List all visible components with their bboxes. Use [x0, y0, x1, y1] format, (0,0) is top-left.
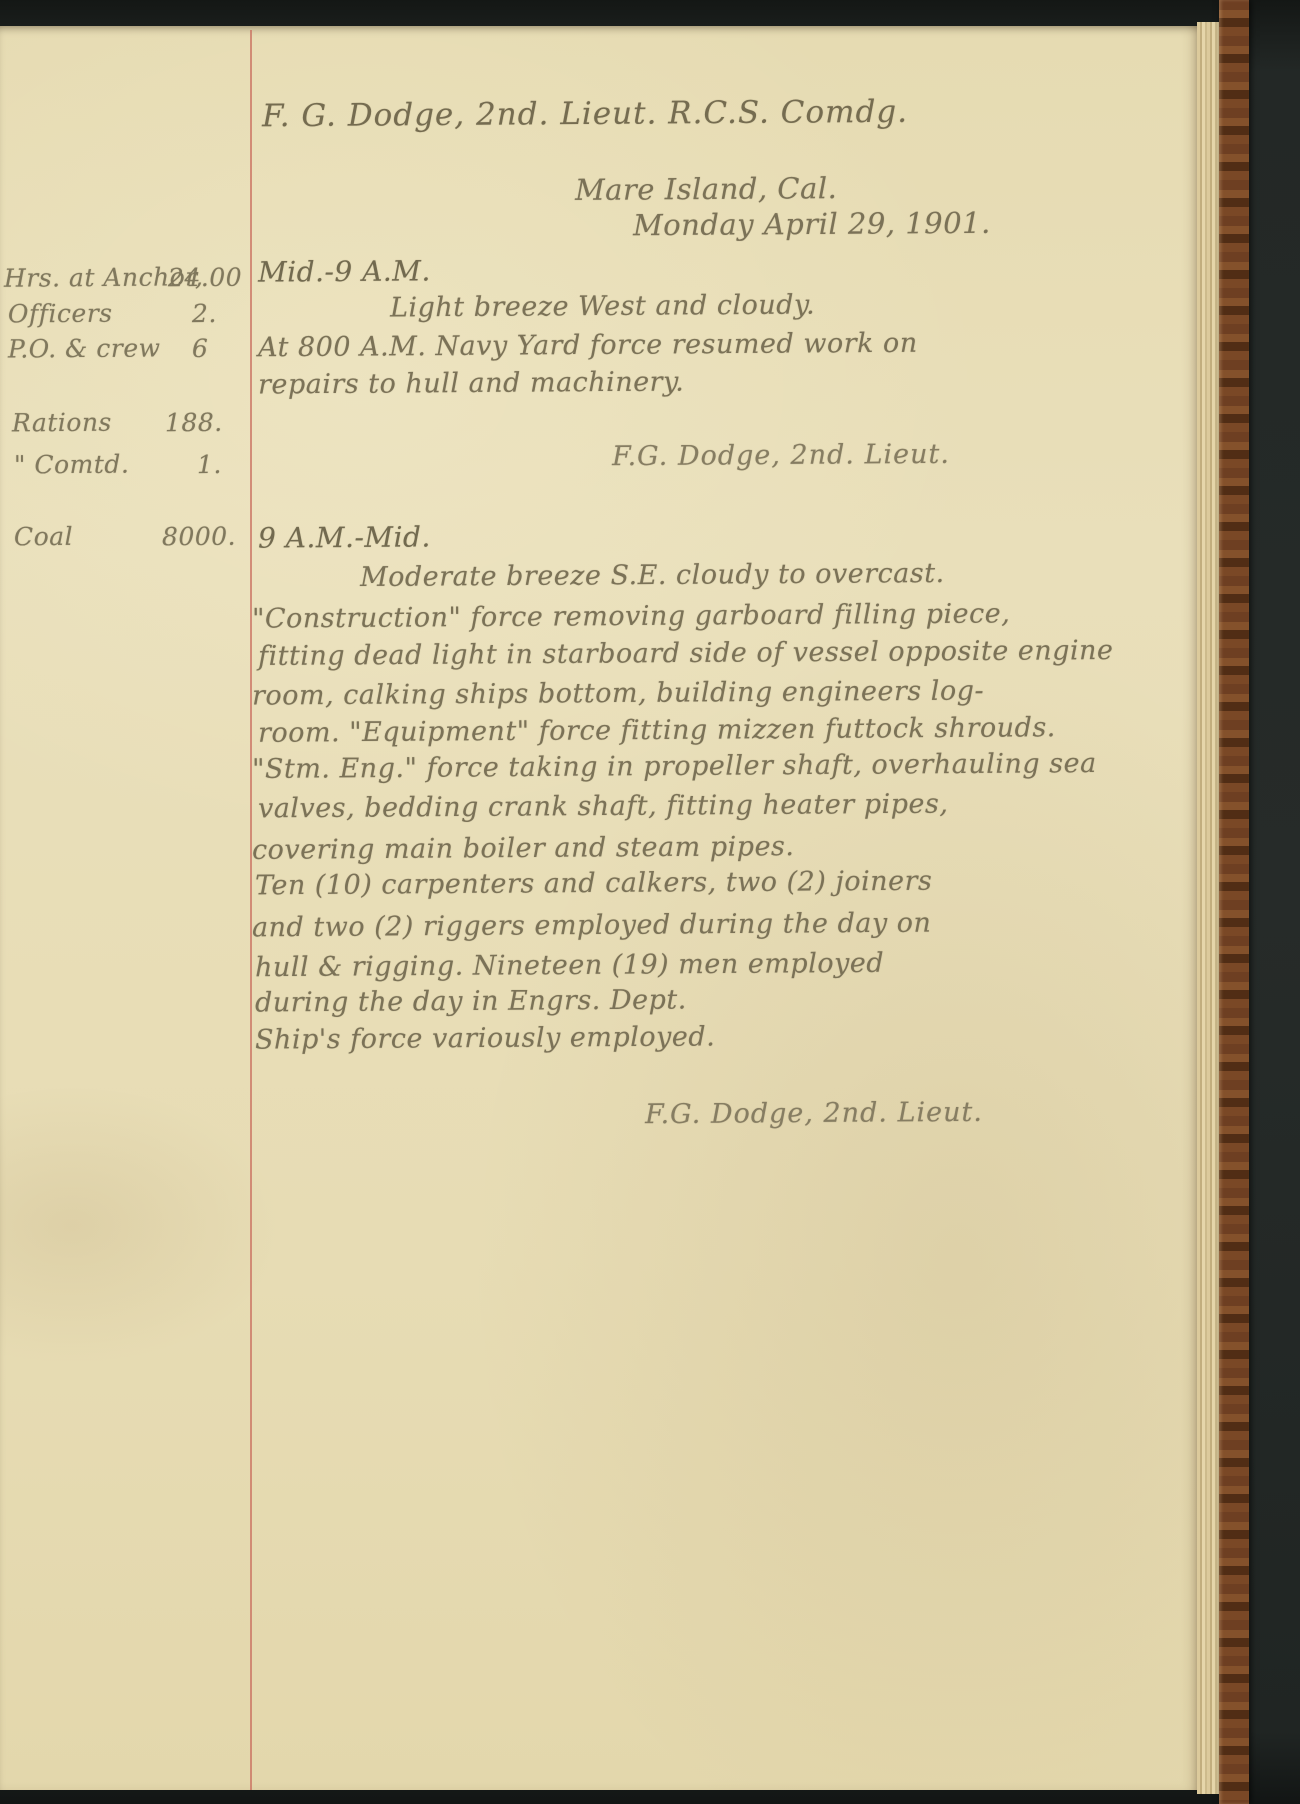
log-line: room, calking ships bottom, building eng… — [252, 675, 984, 711]
log-line: and two (2) riggers employed during the … — [252, 908, 932, 944]
location-line: Mare Island, Cal. — [575, 171, 838, 207]
officer-heading: F. G. Dodge, 2nd. Lieut. R.C.S. Comdg. — [262, 94, 908, 135]
margin-value: 8000. — [162, 522, 236, 552]
red-margin-rule — [250, 30, 252, 1790]
log-line: Ten (10) carpenters and calkers, two (2)… — [255, 866, 933, 902]
margin-label: Rations — [12, 408, 112, 438]
log-line: Ship's force variously employed. — [255, 1021, 715, 1055]
log-line: valves, bedding crank shaft, fitting hea… — [258, 789, 949, 825]
watch-heading: Mid.-9 A.M. — [258, 254, 431, 288]
margin-label: P.O. & crew — [8, 333, 161, 363]
margin-value: 1. — [197, 450, 222, 479]
book-binding — [1219, 0, 1249, 1804]
watch-heading: 9 A.M.-Mid. — [258, 520, 431, 554]
margin-label: " Comtd. — [14, 450, 130, 480]
date-line: Monday April 29, 1901. — [633, 206, 991, 242]
margin-value: 6 — [192, 334, 209, 363]
log-line: during the day in Engrs. Dept. — [255, 984, 687, 1018]
log-line: repairs to hull and machinery. — [258, 367, 685, 401]
logbook-scan: F. G. Dodge, 2nd. Lieut. R.C.S. Comdg. M… — [0, 0, 1300, 1804]
log-line: room. "Equipment" force fitting mizzen f… — [258, 712, 1056, 749]
log-line: Light breeze West and cloudy. — [390, 290, 815, 324]
margin-value: 2. — [192, 299, 217, 328]
log-line: Moderate breeze S.E. cloudy to overcast. — [360, 558, 945, 593]
margin-value: 24.00 — [168, 263, 242, 293]
log-line: covering main boiler and steam pipes. — [252, 831, 795, 866]
page-edge-stack — [1197, 22, 1219, 1794]
margin-label: Coal — [14, 522, 73, 551]
log-line: At 800 A.M. Navy Yard force resumed work… — [258, 328, 918, 364]
log-line: "Construction" force removing garboard f… — [252, 598, 1010, 634]
margin-label: Officers — [8, 299, 113, 329]
margin-value: 188. — [165, 408, 223, 437]
watch-signature: F.G. Dodge, 2nd. Lieut. — [612, 439, 950, 472]
watch-signature: F.G. Dodge, 2nd. Lieut. — [645, 1097, 983, 1130]
log-line: "Stm. Eng." force taking in propeller sh… — [252, 748, 1097, 785]
log-line: fitting dead light in starboard side of … — [258, 635, 1114, 672]
log-line: hull & rigging. Nineteen (19) men employ… — [255, 948, 884, 983]
